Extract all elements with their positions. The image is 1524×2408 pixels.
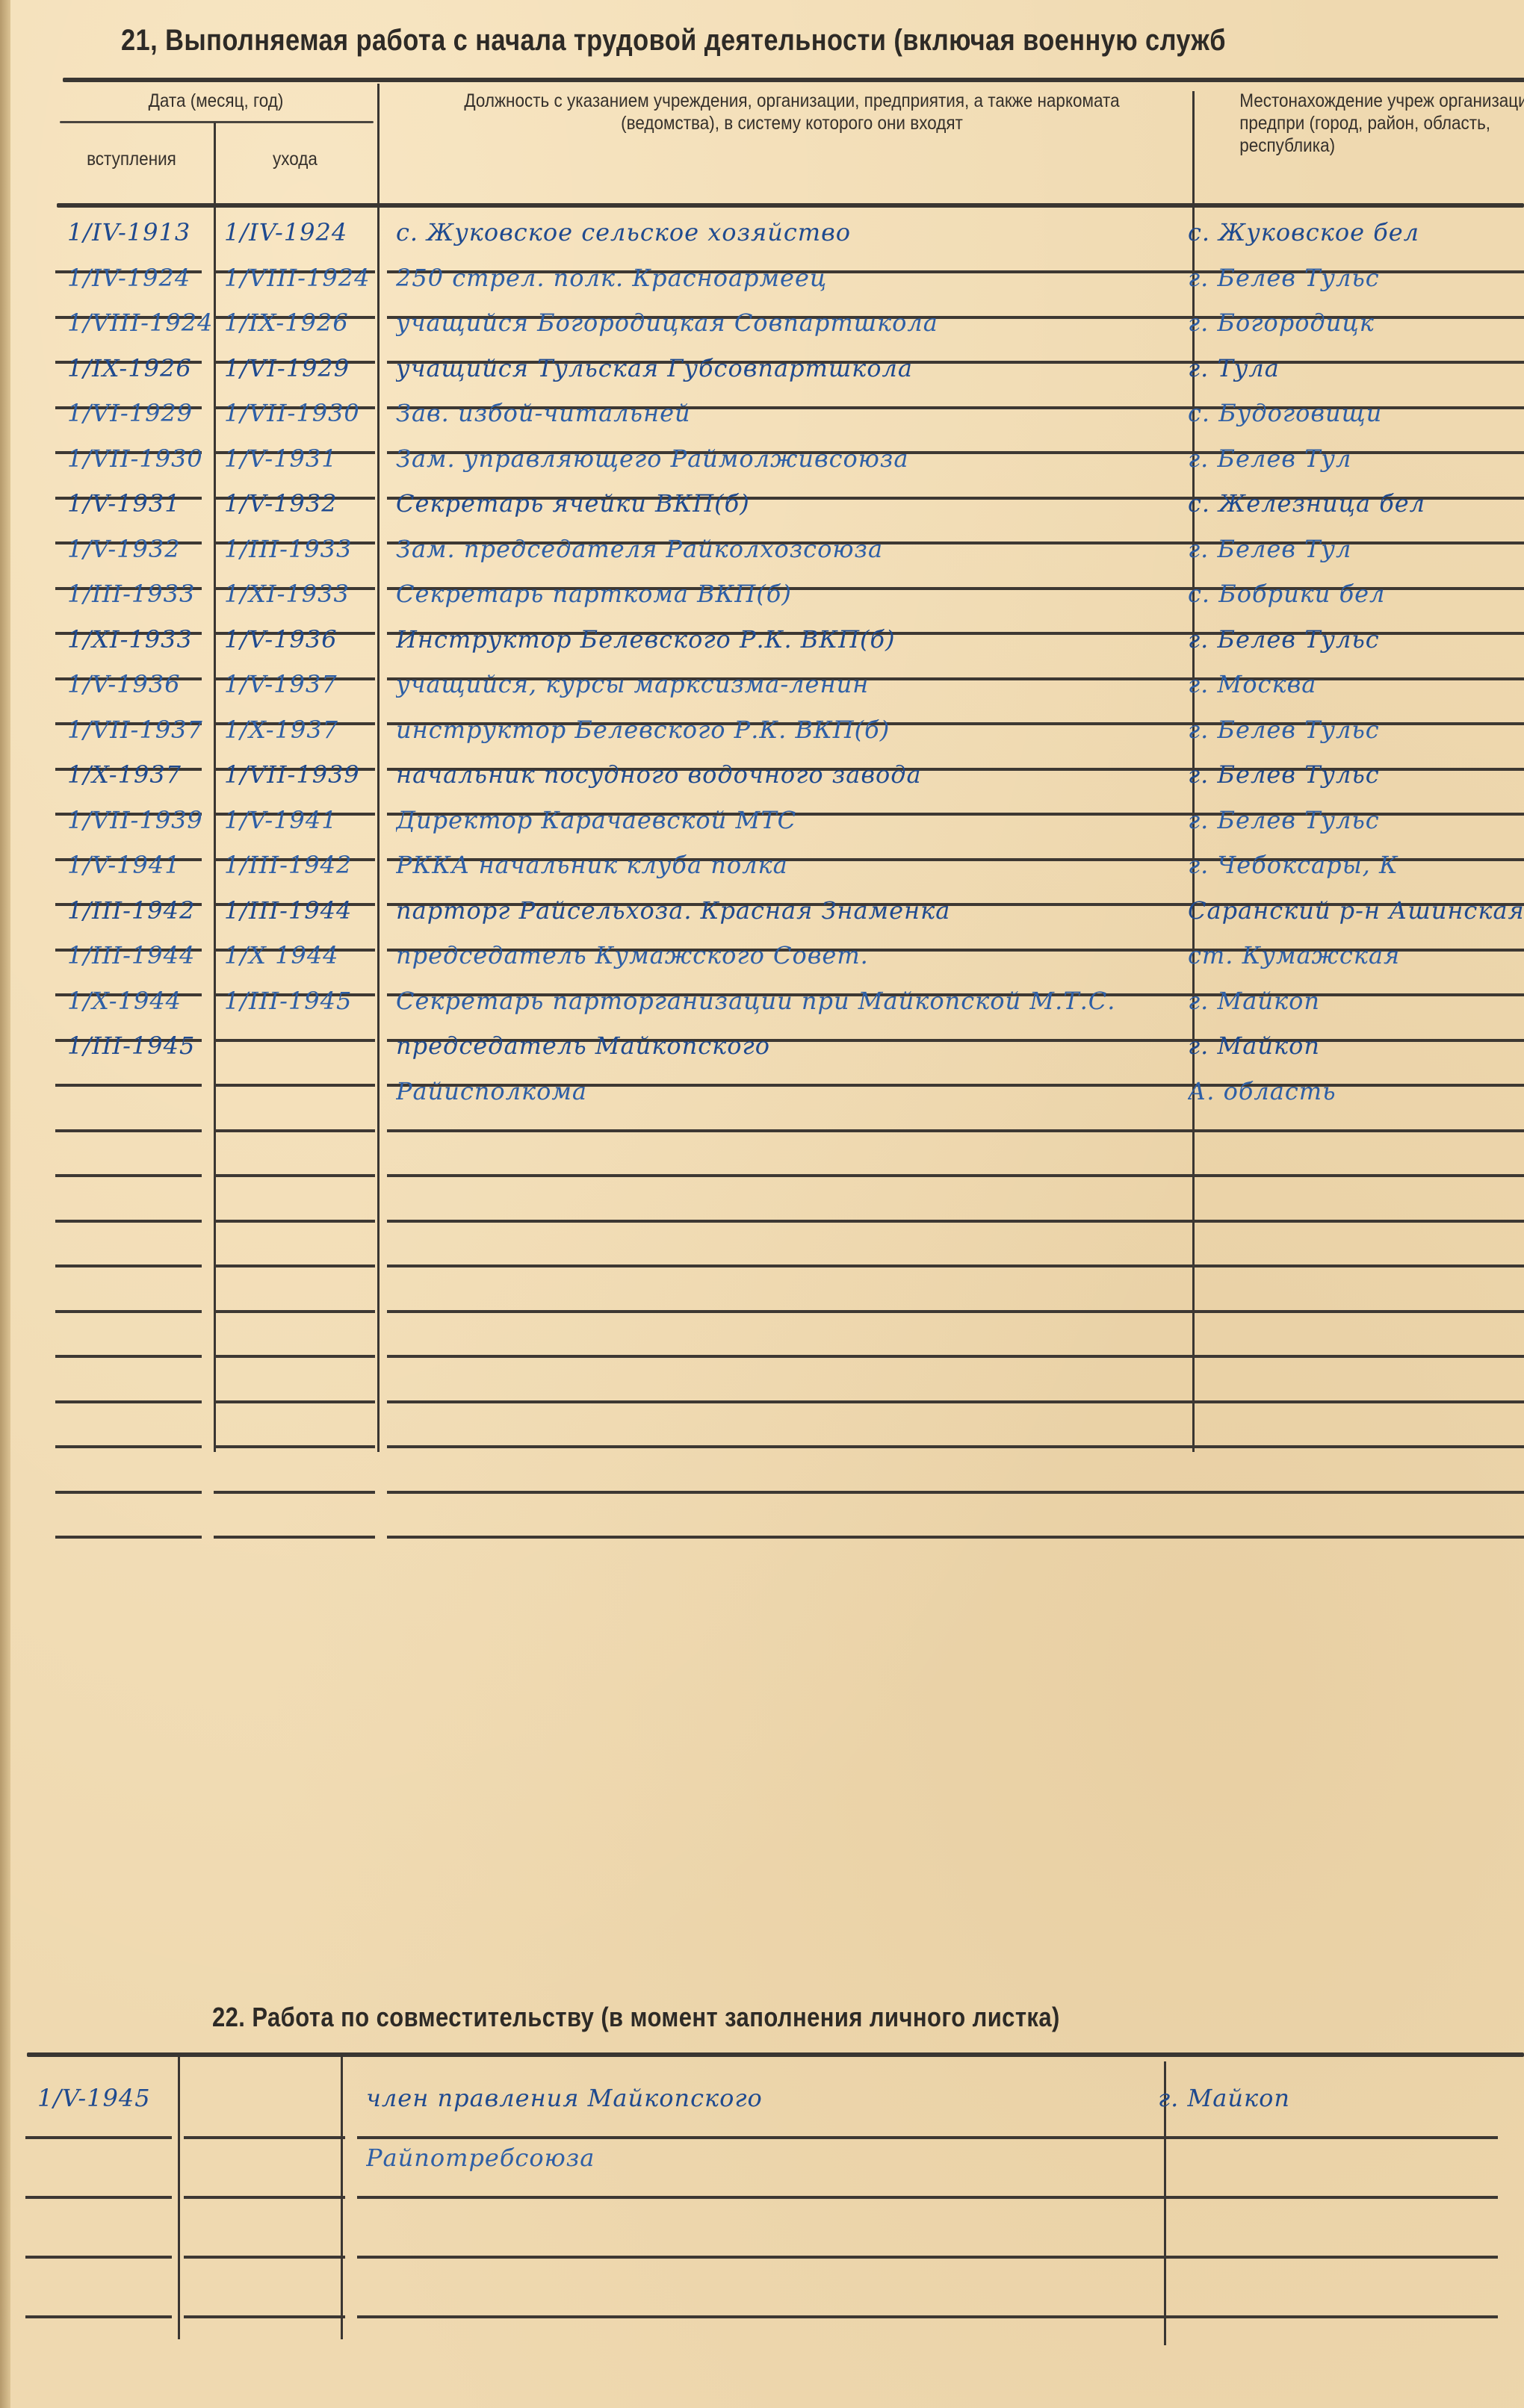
location-cell: с. Жуковское бел — [1188, 218, 1524, 246]
header-position: Должность с указанием учреждения, органи… — [442, 90, 1142, 134]
section-21-title: 21, Выполняемая работа с начала трудовой… — [121, 24, 1226, 58]
row-rule — [184, 2136, 345, 2139]
table-row — [30, 2260, 1494, 2318]
header-bottom-rule — [57, 203, 1524, 208]
position-cell: учащийся Тульская Губсовпартшкола — [396, 354, 1225, 382]
start-date-cell: 1/V-1931 — [67, 489, 217, 518]
end-date-cell: 1/V-1932 — [224, 489, 374, 518]
row-rule — [214, 1536, 375, 1539]
table-row — [30, 2200, 1494, 2259]
start-date-cell: 1/V-1945 — [37, 2084, 187, 2112]
row-rule — [1184, 1536, 1524, 1539]
position-cell: председатель Кумажского Совет. — [396, 941, 1225, 969]
position-cell: учащийся Богородицкая Совпартшкола — [396, 308, 1225, 337]
table-row: 1/V-1945член правления Майкопскогог. Май… — [30, 2081, 1494, 2139]
start-date-cell: 1/V-1932 — [67, 535, 217, 563]
end-date-cell: 1/III-1933 — [224, 535, 374, 563]
row-rule — [357, 2196, 1201, 2199]
position-cell: учащийся, курсы марксизма-ленин — [396, 670, 1225, 698]
start-date-cell: 1/IV-1913 — [67, 218, 217, 246]
start-date-cell: 1/X-1944 — [67, 987, 217, 1015]
row-rule — [25, 2315, 172, 2318]
row-rule — [55, 1536, 202, 1539]
location-cell: г. Белев Тул — [1188, 444, 1524, 473]
end-date-cell: 1/XI-1933 — [224, 580, 374, 608]
position-cell: Секретарь парткома ВКП(б) — [396, 580, 1225, 608]
position-cell: член правления Майкопского — [366, 2084, 1195, 2112]
start-date-cell: 1/VII-1930 — [67, 444, 217, 473]
page-edge — [0, 0, 10, 2408]
row-rule — [184, 2256, 345, 2259]
location-cell: А. область — [1188, 1077, 1524, 1105]
position-cell: РККА начальник клуба полка — [396, 851, 1225, 879]
start-date-cell: 1/X-1937 — [67, 760, 217, 789]
row-rule — [184, 2315, 345, 2318]
start-date-cell: 1/VII-1939 — [67, 806, 217, 834]
row-rule — [1154, 2136, 1498, 2139]
end-date-cell: 1/III-1944 — [224, 896, 374, 925]
location-cell: г. Майкоп — [1188, 987, 1524, 1015]
row-rule — [25, 2196, 172, 2199]
header-date: Дата (месяц, год) — [72, 90, 361, 112]
start-date-cell: 1/VIII-1924 — [67, 308, 217, 337]
start-date-cell: 1/V-1936 — [67, 670, 217, 698]
end-date-cell: 1/X-1937 — [224, 716, 374, 744]
location-cell: с. Бобрики бел — [1188, 580, 1524, 608]
position-cell: 250 стрел. полк. Красноармеец — [396, 264, 1225, 292]
section-22-title: 22. Работа по совместительству (в момент… — [212, 2002, 1060, 2033]
position-cell: Инструктор Белевского Р.К. ВКП(б) — [396, 625, 1225, 654]
start-date-cell: 1/XI-1933 — [67, 625, 217, 654]
row-rule — [1154, 2256, 1498, 2259]
row-rule — [1154, 2196, 1498, 2199]
header-location: Местонахождение учреж организации, предп… — [1215, 90, 1524, 157]
row-rule — [1154, 2315, 1498, 2318]
location-cell: с. Будоговищи — [1188, 399, 1524, 427]
position-cell: Секретарь ячейки ВКП(б) — [396, 489, 1225, 518]
row-rule — [387, 1536, 1231, 1539]
location-cell: г. Белев Тульс — [1188, 806, 1524, 834]
position-cell: Зам. управляющего Раймолживсоюза — [396, 444, 1225, 473]
row-rule — [357, 2315, 1201, 2318]
end-date-cell: 1/X 1944 — [224, 941, 374, 969]
location-cell: г. Тула — [1188, 354, 1524, 382]
row-rule — [357, 2136, 1201, 2139]
location-cell: г. Богородицк — [1188, 308, 1524, 337]
header-top-rule — [63, 78, 1524, 82]
position-cell: Зав. избой-читальней — [396, 399, 1225, 427]
position-cell: Секретарь парторганизации при Майкопской… — [396, 987, 1225, 1015]
row-rule — [25, 2256, 172, 2259]
date-group-rule — [60, 121, 374, 123]
table-row — [60, 1480, 1524, 1539]
row-rule — [357, 2256, 1201, 2259]
location-cell: г. Майкоп — [1158, 2084, 1502, 2112]
personal-record-sheet: 21, Выполняемая работа с начала трудовой… — [0, 0, 1524, 2408]
location-cell: г. Белев Тул — [1188, 535, 1524, 563]
position-cell: Райисполкома — [396, 1077, 1225, 1105]
location-cell: г. Москва — [1188, 670, 1524, 698]
end-date-cell: 1/IV-1924 — [224, 218, 374, 246]
section-22-top-rule — [27, 2052, 1524, 2057]
start-date-cell: 1/VII-1937 — [67, 716, 217, 744]
location-cell: г. Майкоп — [1188, 1031, 1524, 1060]
end-date-cell: 1/V-1931 — [224, 444, 374, 473]
row-rule — [184, 2196, 345, 2199]
end-date-cell: 1/VIII-1924 — [224, 264, 374, 292]
end-date-cell: 1/IX-1926 — [224, 308, 374, 337]
end-date-cell: 1/V-1936 — [224, 625, 374, 654]
start-date-cell: 1/III-1933 — [67, 580, 217, 608]
end-date-cell: 1/III-1942 — [224, 851, 374, 879]
start-date-cell: 1/III-1945 — [67, 1031, 217, 1060]
end-date-cell: 1/VI-1929 — [224, 354, 374, 382]
table-row: Райпотребсоюза — [30, 2141, 1494, 2199]
end-date-cell: 1/VII-1939 — [224, 760, 374, 789]
start-date-cell: 1/VI-1929 — [67, 399, 217, 427]
header-end-date: ухода — [225, 148, 366, 170]
start-date-cell: 1/IX-1926 — [67, 354, 217, 382]
start-date-cell: 1/III-1944 — [67, 941, 217, 969]
position-cell: председатель Майкопского — [396, 1031, 1225, 1060]
position-cell: Директор Карачаевской МТС — [396, 806, 1225, 834]
location-cell: ст. Кумажская — [1188, 941, 1524, 969]
location-cell: с. Железница бел — [1188, 489, 1524, 518]
position-cell: Зам. председателя Райколхозсоюза — [396, 535, 1225, 563]
end-date-cell: 1/III-1945 — [224, 987, 374, 1015]
start-date-cell: 1/III-1942 — [67, 896, 217, 925]
position-cell: инструктор Белевского Р.К. ВКП(б) — [396, 716, 1225, 744]
end-date-cell: 1/V-1937 — [224, 670, 374, 698]
position-cell: начальник посудного водочного завода — [396, 760, 1225, 789]
location-cell: г. Белев Тульс — [1188, 760, 1524, 789]
end-date-cell: 1/V-1941 — [224, 806, 374, 834]
start-date-cell: 1/IV-1924 — [67, 264, 217, 292]
location-cell: г. Чебоксары, К — [1188, 851, 1524, 879]
start-date-cell: 1/V-1941 — [67, 851, 217, 879]
end-date-cell: 1/VII-1930 — [224, 399, 374, 427]
location-cell: г. Белев Тульс — [1188, 716, 1524, 744]
location-cell: Саранский р-н Ашинская обл — [1188, 896, 1524, 925]
position-cell: с. Жуковское сельское хозяйство — [396, 218, 1225, 246]
header-start-date: вступления — [64, 148, 199, 170]
position-cell: Райпотребсоюза — [366, 2144, 1195, 2172]
location-cell: г. Белев Тульс — [1188, 625, 1524, 654]
location-cell: г. Белев Тульс — [1188, 264, 1524, 292]
row-rule — [25, 2136, 172, 2139]
position-cell: парторг Райсельхоза. Красная Знаменка — [396, 896, 1225, 925]
